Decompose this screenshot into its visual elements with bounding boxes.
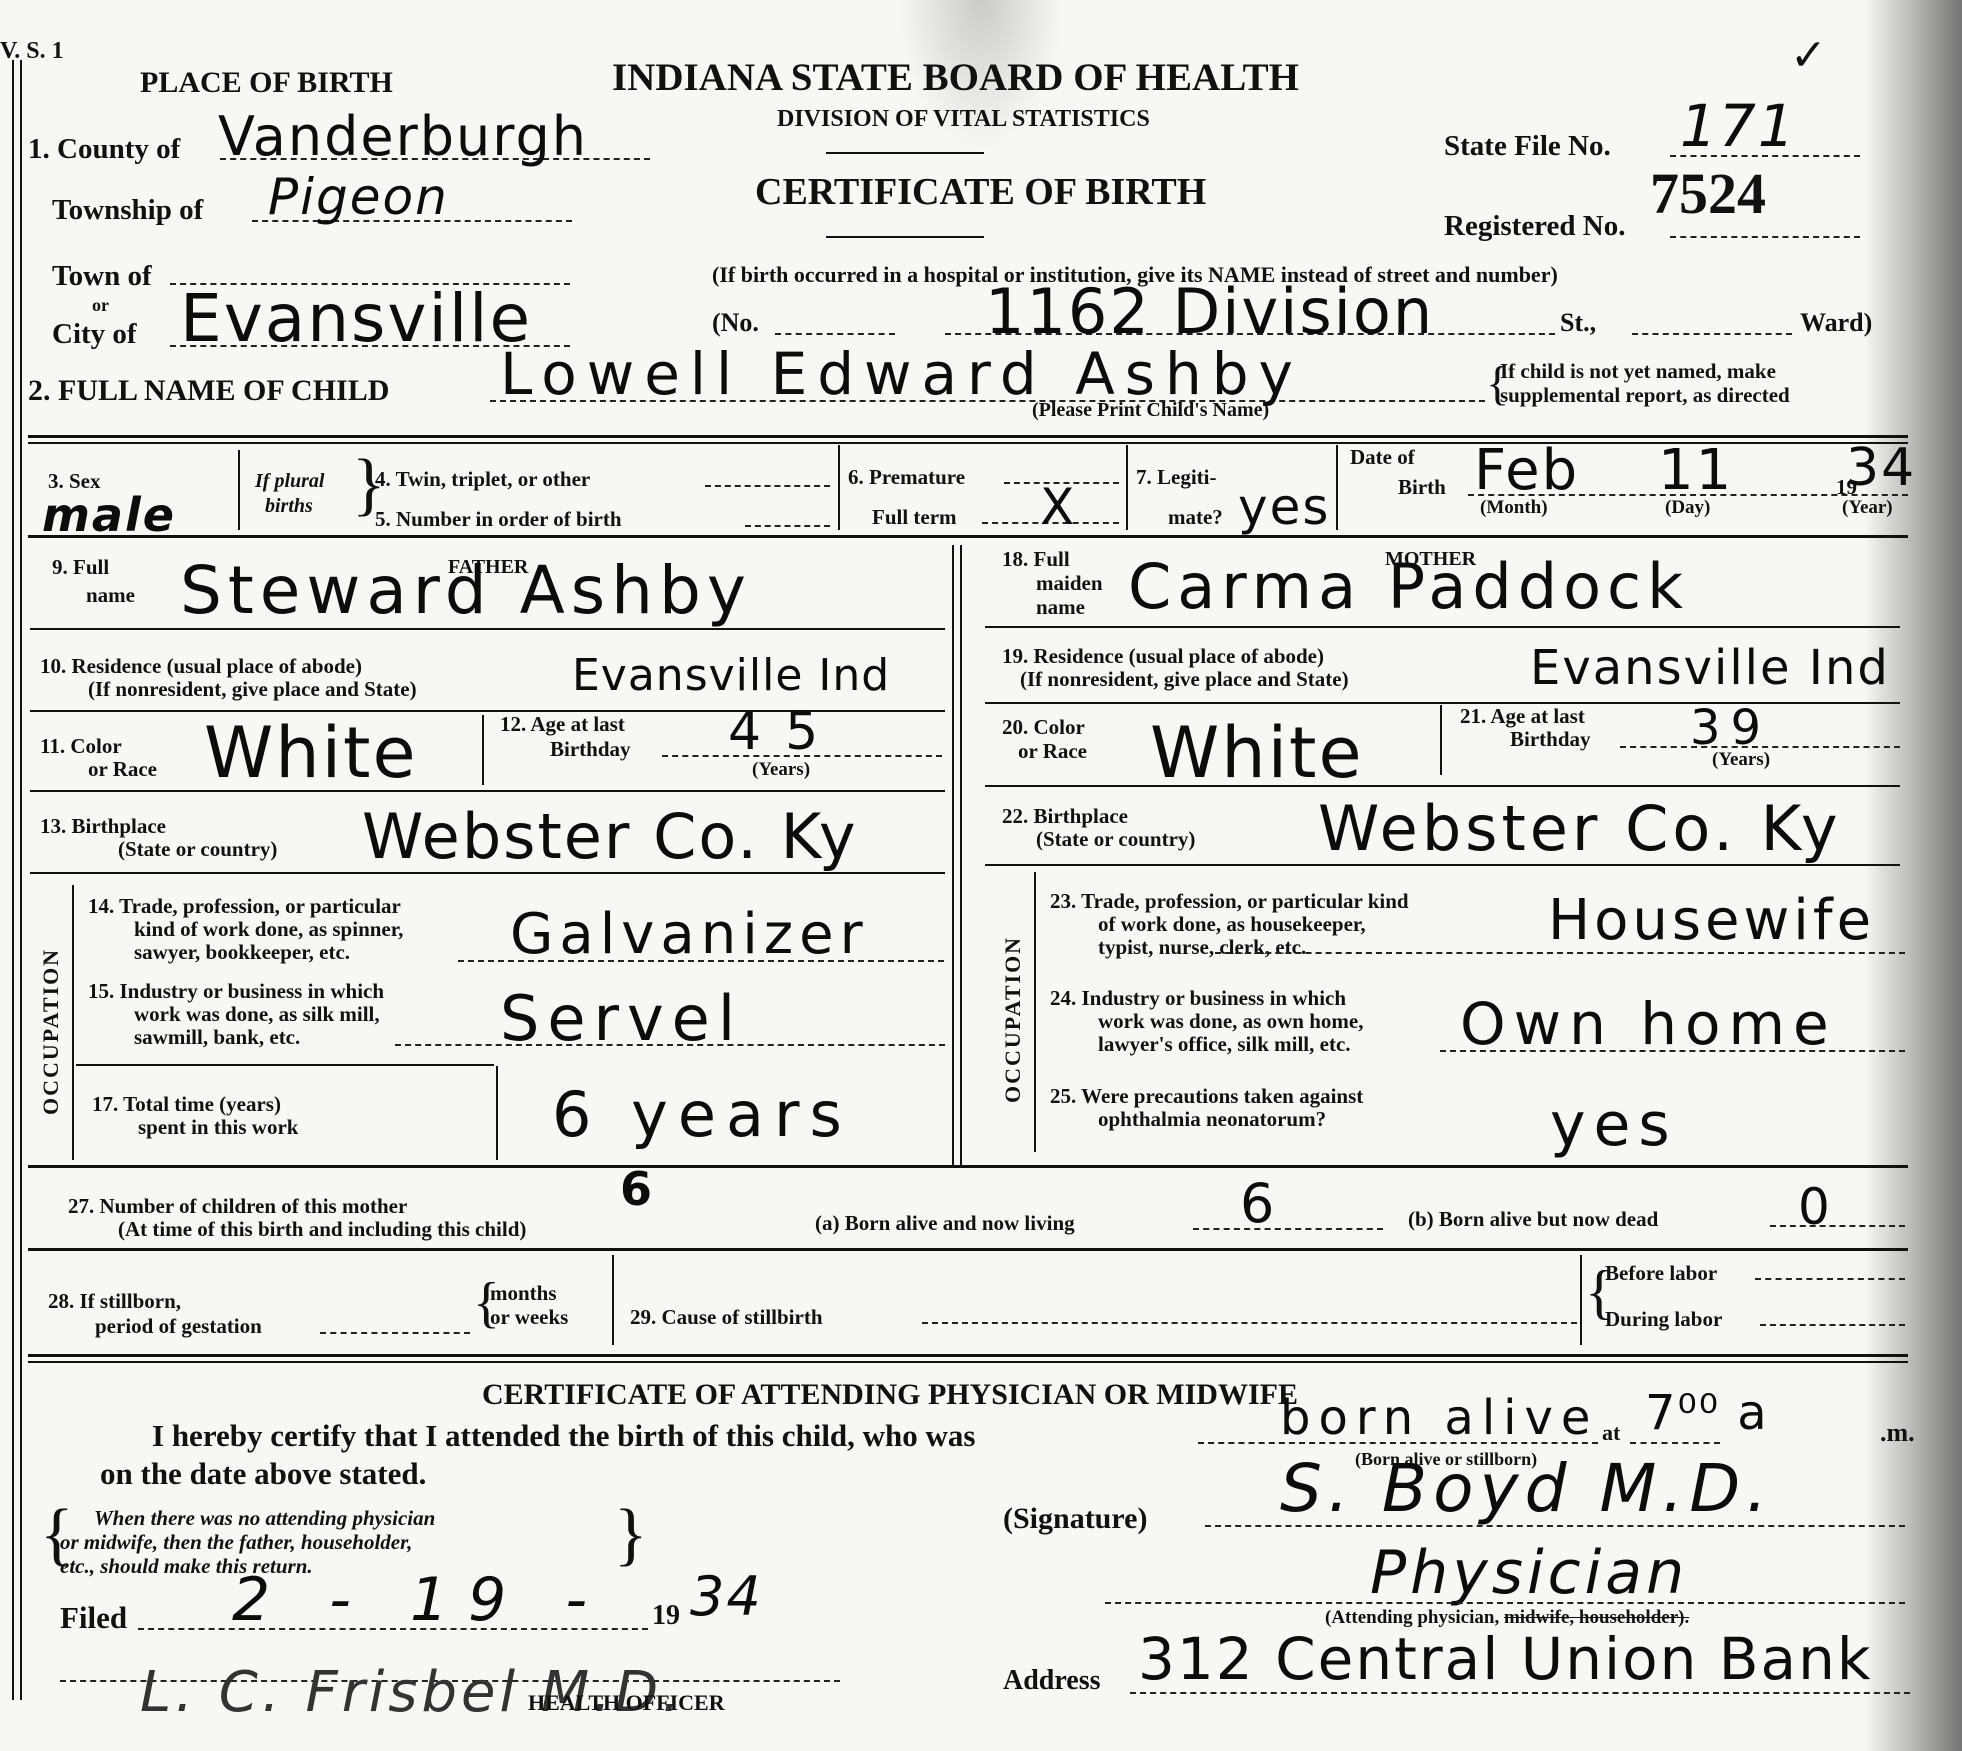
filed-date[interactable]: 2 - 19 -	[232, 1565, 607, 1635]
mother-birthplace-rule	[985, 864, 1900, 866]
father-industry-label-1: 15. Industry or business in which	[88, 980, 384, 1002]
form-code: V. S. 1	[0, 38, 64, 65]
date-stated-text: on the date above stated.	[100, 1456, 426, 1492]
dead-line	[1770, 1225, 1905, 1227]
mother-age-label-2: Birthday	[1510, 728, 1591, 750]
sex-divider	[238, 450, 240, 530]
city-label: City of	[52, 320, 137, 349]
no-physician-note-2: or midwife, then the father, householder…	[60, 1530, 412, 1555]
street-value[interactable]: 1162 Division	[985, 275, 1434, 348]
mother-age-divider	[1440, 705, 1442, 775]
gestation-divider	[612, 1255, 614, 1345]
father-age-divider	[482, 715, 484, 785]
filed-year[interactable]: 34	[690, 1565, 763, 1628]
father-industry-label-3: sawmill, bank, etc.	[134, 1026, 300, 1048]
father-industry-value[interactable]: Servel	[500, 982, 743, 1055]
mother-name-label-3: name	[1036, 596, 1085, 618]
gestation-line	[320, 1332, 470, 1334]
father-color-label-1: 11. Color	[40, 735, 122, 757]
stillbirth-cause-label: 29. Cause of stillbirth	[630, 1306, 823, 1328]
mother-years-caption: (Years)	[1712, 750, 1770, 770]
address-label: Address	[1003, 1665, 1101, 1697]
father-occupation-heading: OCCUPATION	[38, 948, 64, 1115]
street-number-line	[775, 333, 895, 335]
supplemental-note-1: If child is not yet named, make	[1500, 360, 1776, 382]
mother-name-rule	[985, 626, 1900, 628]
father-name-rule	[30, 628, 945, 630]
registered-number-value: 7524	[1650, 160, 1766, 227]
row-27-rule	[28, 1248, 1908, 1251]
gestation-label-1: 28. If stillborn,	[48, 1290, 181, 1312]
mother-birthplace-value[interactable]: Webster Co. Ky	[1318, 792, 1842, 865]
father-trade-value[interactable]: Galvanizer	[510, 902, 869, 967]
mother-industry-label-2: work was done, as own home,	[1098, 1010, 1363, 1032]
father-name-label-2: name	[86, 584, 135, 606]
am-label: .m.	[1880, 1418, 1915, 1448]
title-line	[1105, 1602, 1905, 1604]
dob-label-1: Date of	[1350, 446, 1415, 468]
gestation-label-2: period of gestation	[95, 1315, 262, 1337]
filed-label: Filed	[60, 1600, 127, 1636]
county-label: 1. County of	[28, 135, 180, 164]
twin-label: 4. Twin, triplet, or other	[375, 468, 590, 490]
father-birthplace-label-2: (State or country)	[118, 838, 277, 860]
birth-order-line	[745, 525, 830, 527]
father-industry-rule	[76, 1064, 494, 1066]
father-trade-label-1: 14. Trade, profession, or particular	[88, 895, 401, 917]
mother-occupation-heading: OCCUPATION	[1000, 936, 1026, 1103]
father-age-label-2: Birthday	[550, 738, 631, 760]
physician-signature[interactable]: S. Boyd M.D.	[1280, 1450, 1773, 1527]
state-file-label: State File No.	[1444, 130, 1611, 163]
father-time-value[interactable]: 6 years	[552, 1078, 852, 1151]
ward-line	[1632, 333, 1792, 335]
at-label: at	[1602, 1420, 1620, 1446]
parent-column-divider	[952, 545, 954, 1165]
full-term-value[interactable]: X	[1040, 478, 1076, 536]
mother-trade-label-2: of work done, as housekeeper,	[1098, 913, 1366, 935]
mother-residence-value[interactable]: Evansville Ind	[1530, 640, 1890, 696]
note-brace-right: }	[614, 1500, 648, 1570]
living-line	[1193, 1228, 1383, 1230]
dob-label-2: Birth	[1398, 476, 1446, 498]
town-label: Town of	[52, 262, 152, 291]
father-occupation-rule	[72, 885, 74, 1160]
mother-residence-label-2: (If nonresident, give place and State)	[1020, 668, 1349, 690]
mother-precaution-label-1: 25. Were precautions taken against	[1050, 1085, 1363, 1107]
mother-occupation-rule	[1034, 872, 1036, 1152]
legitimate-label-2: mate?	[1168, 506, 1223, 528]
father-birthplace-rule	[30, 872, 945, 874]
plural-births-label-1: If plural	[255, 470, 324, 493]
title-rule-bottom	[826, 236, 984, 238]
children-total-value[interactable]: 6	[620, 1162, 654, 1216]
father-time-label-1: 17. Total time (years)	[92, 1093, 281, 1115]
father-birthplace-value[interactable]: Webster Co. Ky	[362, 800, 858, 873]
street-label: St.,	[1560, 310, 1596, 336]
mother-color-value[interactable]: White	[1150, 712, 1364, 794]
father-name-label-1: 9. Full	[52, 556, 109, 578]
place-of-birth-heading: PLACE OF BIRTH	[140, 66, 393, 100]
mother-trade-label-1: 23. Trade, profession, or particular kin…	[1050, 890, 1409, 912]
mother-color-rule	[985, 785, 1900, 787]
during-labor-label: During labor	[1605, 1308, 1722, 1330]
mother-precaution-label-2: ophthalmia neonatorum?	[1098, 1108, 1326, 1130]
physician-title[interactable]: Physician	[1370, 1538, 1688, 1608]
registered-label: Registered No.	[1444, 210, 1625, 243]
father-residence-label-2: (If nonresident, give place and State)	[88, 678, 417, 700]
mother-industry-label-3: lawyer's office, silk mill, etc.	[1098, 1033, 1351, 1055]
township-value[interactable]: Pigeon	[268, 168, 449, 226]
full-term-label: Full term	[872, 506, 957, 528]
father-industry-label-2: work was done, as silk mill,	[134, 1003, 380, 1025]
father-years-caption: (Years)	[752, 760, 810, 780]
check-mark: ✓	[1790, 30, 1827, 81]
print-child-name-note: (Please Print Child's Name)	[1032, 400, 1269, 421]
row-rule-3-7	[28, 535, 1908, 538]
father-time-divider	[496, 1066, 498, 1160]
child-name-value[interactable]: Lowell Edward Ashby	[500, 340, 1303, 408]
left-frame-rule	[12, 60, 14, 1700]
mother-name-label-1: 18. Full	[1002, 548, 1070, 570]
year-caption: (Year)	[1842, 498, 1893, 518]
mother-birthplace-label-2: (State or country)	[1036, 828, 1195, 850]
mother-color-label-1: 20. Color	[1002, 716, 1085, 738]
mother-color-label-2: or Race	[1018, 740, 1087, 762]
children-label-2: (At time of this birth and including thi…	[118, 1218, 526, 1240]
mother-industry-label-1: 24. Industry or business in which	[1050, 987, 1346, 1009]
mother-age-label-1: 21. Age at last	[1460, 705, 1585, 727]
premature-label: 6. Premature	[848, 466, 965, 488]
state-file-value[interactable]: 171	[1680, 92, 1797, 160]
living-value[interactable]: 6	[1240, 1172, 1276, 1235]
legitimate-value[interactable]: yes	[1238, 478, 1330, 536]
living-label: (a) Born alive and now living	[815, 1212, 1075, 1234]
born-status-value[interactable]: born alive	[1280, 1390, 1598, 1446]
father-trade-label-3: sawyer, bookkeeper, etc.	[134, 941, 350, 963]
mother-name-label-2: maiden	[1036, 572, 1103, 594]
mother-trade-label-3: typist, nurse, clerk, etc.	[1098, 936, 1306, 958]
father-residence-label-1: 10. Residence (usual place of abode)	[40, 655, 362, 677]
father-color-label-2: or Race	[88, 758, 157, 780]
father-age-value[interactable]: 45	[728, 702, 842, 762]
sex-value[interactable]: male	[42, 488, 176, 542]
mother-name-value[interactable]: Carma Paddock	[1128, 550, 1689, 623]
supplemental-note-2: supplemental report, as directed	[1500, 384, 1790, 406]
children-label-1: 27. Number of children of this mother	[68, 1195, 407, 1217]
birth-order-label: 5. Number in order of birth	[375, 508, 622, 530]
before-labor-label: Before labor	[1605, 1262, 1717, 1284]
father-color-rule	[30, 790, 945, 792]
section-double-rule-2	[28, 1354, 1908, 1363]
registered-line	[1670, 236, 1860, 238]
dob-year[interactable]: 34	[1846, 438, 1916, 498]
left-frame-rule-inner	[20, 60, 22, 1700]
township-label: Township of	[52, 196, 203, 225]
agency-title: INDIANA STATE BOARD OF HEALTH	[612, 55, 1299, 100]
father-name-value[interactable]: Steward Ashby	[180, 552, 752, 629]
dob-month[interactable]: Feb	[1474, 438, 1579, 503]
gestation-unit-1: months	[490, 1282, 557, 1304]
birth-time-line	[1630, 1442, 1720, 1444]
signature-label: (Signature)	[1003, 1502, 1147, 1536]
mother-age-value[interactable]: 39	[1690, 700, 1771, 756]
stillbirth-cause-line	[922, 1322, 1577, 1324]
mother-industry-value[interactable]: Own home	[1460, 990, 1837, 1058]
child-name-label: 2. FULL NAME OF CHILD	[28, 376, 389, 406]
dob-day[interactable]: 11	[1658, 438, 1733, 503]
dead-label: (b) Born alive but now dead	[1408, 1208, 1658, 1230]
mother-residence-label-1: 19. Residence (usual place of abode)	[1002, 645, 1324, 667]
physician-heading: CERTIFICATE OF ATTENDING PHYSICIAN OR MI…	[482, 1378, 1298, 1412]
during-labor-line	[1760, 1324, 1905, 1326]
mother-birthplace-label-1: 22. Birthplace	[1002, 805, 1128, 827]
ward-label: Ward)	[1800, 310, 1872, 336]
premature-divider	[1126, 445, 1128, 530]
street-number-label: (No.	[712, 310, 759, 336]
county-value[interactable]: Vanderburgh	[218, 105, 588, 168]
twin-line	[705, 485, 830, 487]
day-caption: (Day)	[1665, 498, 1710, 518]
father-age-label-1: 12. Age at last	[500, 713, 625, 735]
certify-text: I hereby certify that I attended the bir…	[152, 1418, 976, 1454]
mother-trade-value[interactable]: Housewife	[1548, 888, 1875, 953]
health-officer-label: HEALTH OFFICER	[528, 1690, 725, 1716]
dead-value[interactable]: 0	[1798, 1178, 1832, 1236]
legitimate-label-1: 7. Legiti-	[1136, 466, 1216, 488]
filed-year-prefix: 19	[652, 1600, 680, 1632]
parent-column-divider-2	[960, 545, 962, 1165]
gestation-unit-2: or weeks	[490, 1306, 568, 1328]
parents-bottom-rule	[28, 1165, 1908, 1168]
father-color-value[interactable]: White	[204, 712, 418, 794]
legitimate-divider	[1336, 445, 1338, 530]
or-label: or	[92, 295, 109, 316]
birth-certificate-page: V. S. 1 PLACE OF BIRTH INDIANA STATE BOA…	[0, 0, 1962, 1751]
father-time-label-2: spent in this work	[138, 1116, 298, 1138]
plural-births-label-2: births	[265, 495, 313, 518]
before-labor-line	[1755, 1278, 1905, 1280]
father-birthplace-label-1: 13. Birthplace	[40, 815, 166, 837]
division-title: DIVISION OF VITAL STATISTICS	[777, 106, 1150, 133]
father-trade-label-2: kind of work done, as spinner,	[134, 918, 403, 940]
no-physician-note-1: When there was no attending physician	[94, 1506, 435, 1531]
title-rule-top	[826, 152, 984, 154]
city-value[interactable]: Evansville	[180, 280, 532, 357]
address-value[interactable]: 312 Central Union Bank	[1138, 1625, 1872, 1693]
birth-time-value[interactable]: 7⁰⁰ a	[1645, 1385, 1769, 1441]
month-caption: (Month)	[1480, 498, 1548, 518]
certificate-title: CERTIFICATE OF BIRTH	[755, 170, 1206, 214]
cause-divider	[1580, 1255, 1582, 1345]
mother-precaution-value[interactable]: yes	[1550, 1090, 1678, 1160]
section-double-rule-1	[28, 435, 1908, 444]
plural-divider	[838, 445, 840, 530]
father-residence-value[interactable]: Evansville Ind	[572, 650, 890, 701]
